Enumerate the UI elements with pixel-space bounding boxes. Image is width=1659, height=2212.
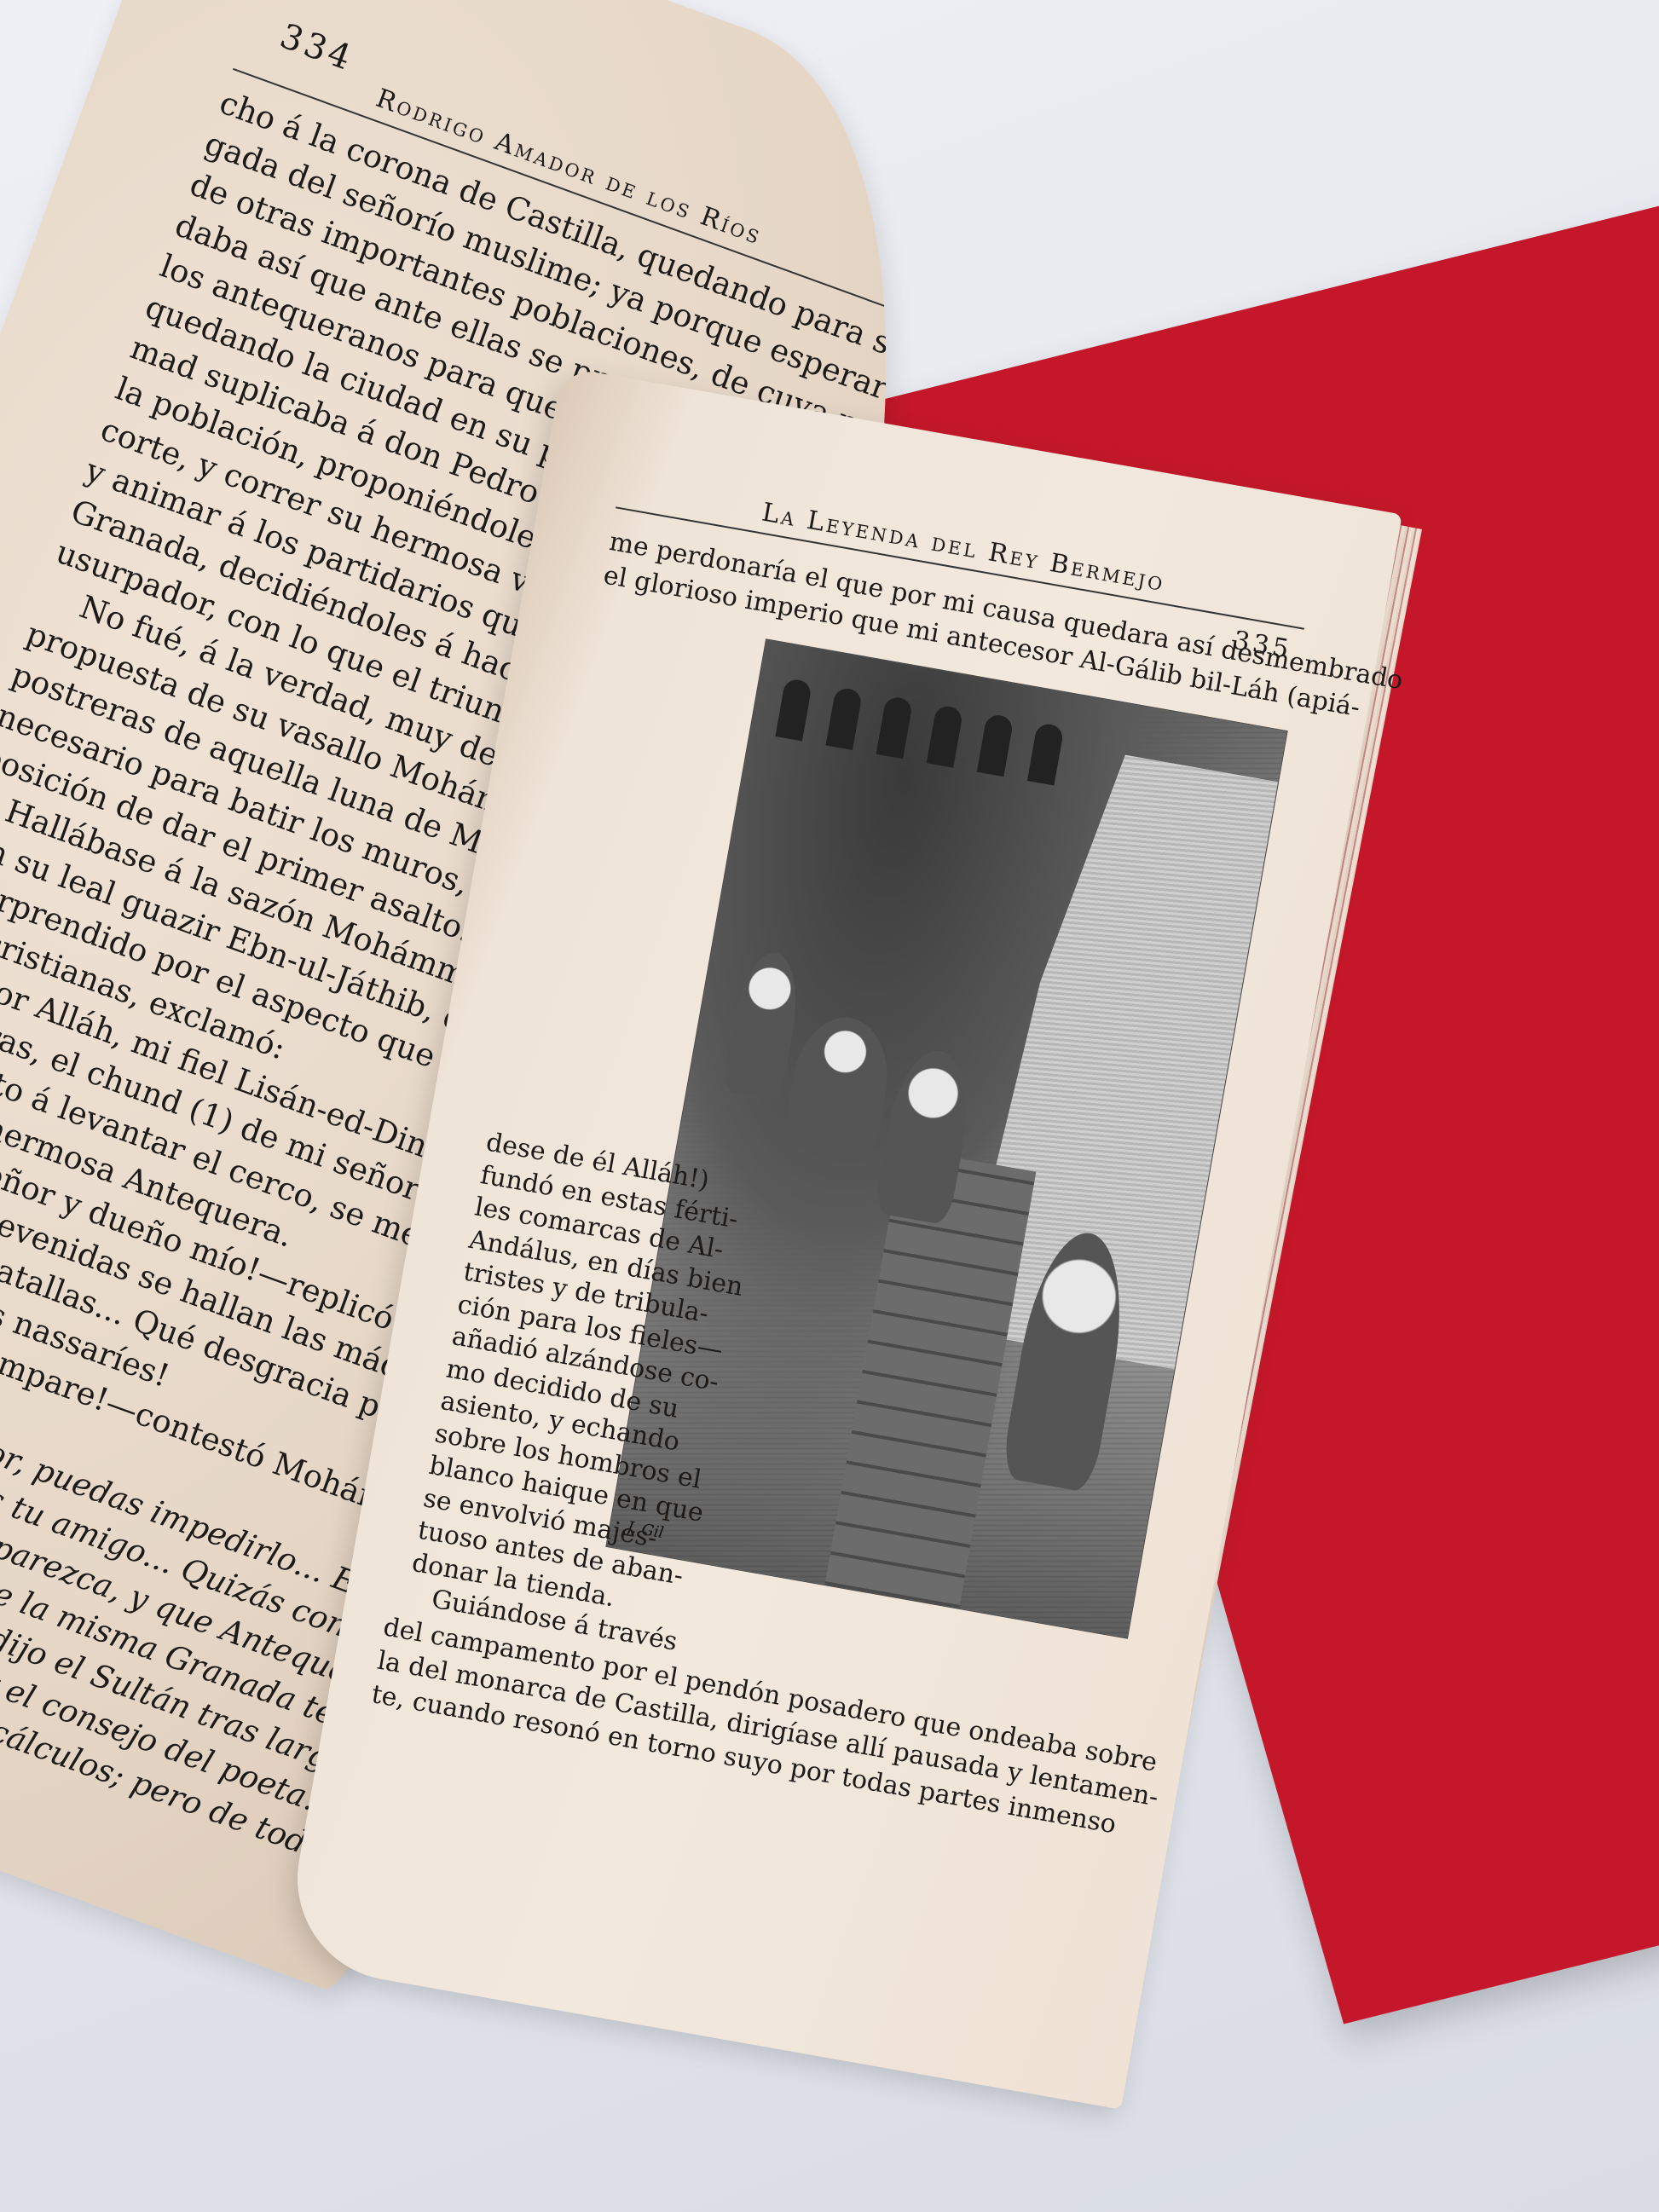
engraving-figure xyxy=(781,1010,897,1161)
crenel xyxy=(775,678,812,741)
crenel xyxy=(927,704,964,767)
inset-text-column: dese de él Alláh!) fundó en estas férti-… xyxy=(404,1127,649,1640)
crenel xyxy=(1027,722,1065,785)
crenel xyxy=(977,713,1014,777)
crenel xyxy=(826,686,864,749)
siege-engraving: J. Gil xyxy=(605,638,1287,1639)
bottom-text: del campamento por el pendón posadero qu… xyxy=(369,1610,1125,1841)
book-photo: 334 Rodrigo Amador de los Ríos cho á la … xyxy=(0,0,1659,2212)
crenel xyxy=(876,696,914,759)
